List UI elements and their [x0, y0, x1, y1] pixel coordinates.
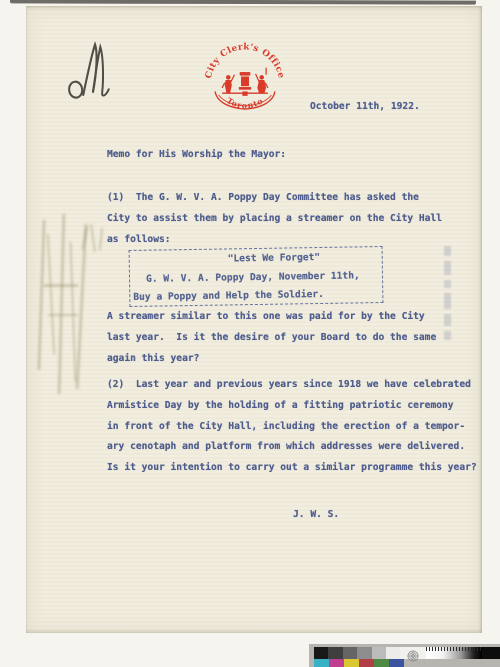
calibration-gray-row — [314, 647, 500, 659]
paragraph-line: Is it your intention to carry out a simi… — [107, 458, 477, 479]
cal-swatch-lightgray — [372, 647, 386, 659]
pencil-scribble-faint — [80, 222, 110, 256]
paragraph-line: in front of the City Hall, including the… — [107, 417, 477, 438]
scanner-bed-edge — [10, 0, 476, 5]
city-seal: City Clerk's Office Toronto — [201, 42, 289, 118]
seal-arc-bottom-text: Toronto — [225, 96, 265, 110]
cal-swatch-black — [314, 647, 328, 659]
cal-swatch-gray — [343, 647, 357, 659]
cal-swatch-yellow — [344, 659, 359, 667]
memo-salutation: Memo for His Worship the Mayor: — [107, 145, 286, 166]
pencil-ok-mark — [56, 33, 125, 113]
banner-line-3: Buy a Poppy and Help the Soldier. — [133, 285, 382, 308]
streamer-banner-box: "Lest We Forget" G. W. V. A. Poppy Day, … — [129, 246, 384, 307]
paragraph-1-continued: A streamer similar to this one was paid … — [107, 307, 436, 369]
paragraph-line: ary cenotaph and platform from which add… — [107, 437, 477, 458]
calibration-bar — [309, 644, 500, 667]
cal-swatch-midgray — [357, 647, 371, 659]
paragraph-line: last year. Is it the desire of your Boar… — [107, 328, 436, 349]
cal-resolution-target — [400, 647, 426, 659]
cal-swatch-cyan — [314, 659, 329, 667]
paragraph-line: Armistice Day by the holding of a fittin… — [107, 396, 477, 417]
cal-swatch-magenta — [329, 659, 344, 667]
memo-date: October 11th, 1922. — [310, 97, 420, 118]
paragraph-line: again this year? — [107, 349, 436, 370]
cal-swatch-green — [374, 659, 389, 667]
svg-text:Toronto: Toronto — [225, 96, 265, 110]
paragraph-line: (1) The G. W. V. A. Poppy Day Committee … — [107, 188, 442, 209]
cal-swatch-red — [359, 659, 374, 667]
paragraph-line: (2) Last year and previous years since 1… — [107, 375, 477, 396]
cal-black-end — [482, 647, 500, 659]
signature-initials: J. W. S. — [293, 505, 339, 526]
paragraph-line: City to assist them by placing a streame… — [107, 209, 442, 230]
scanned-memo-page: { "document": { "seal": { "arc_top": "Ci… — [0, 0, 500, 667]
cal-swatch-white — [386, 647, 400, 659]
banner-line-2: G. W. V. A. Poppy Day, November 11th, — [146, 267, 382, 289]
paragraph-1: (1) The G. W. V. A. Poppy Day Committee … — [107, 188, 442, 250]
cal-gradient-ruler — [426, 647, 482, 659]
paragraph-line: A streamer similar to this one was paid … — [107, 307, 436, 328]
cal-swatch-darkgray — [328, 647, 342, 659]
paragraph-2: (2) Last year and previous years since 1… — [107, 375, 477, 479]
faint-stamp — [441, 246, 453, 342]
banner-line-1: "Lest We Forget" — [228, 248, 382, 269]
